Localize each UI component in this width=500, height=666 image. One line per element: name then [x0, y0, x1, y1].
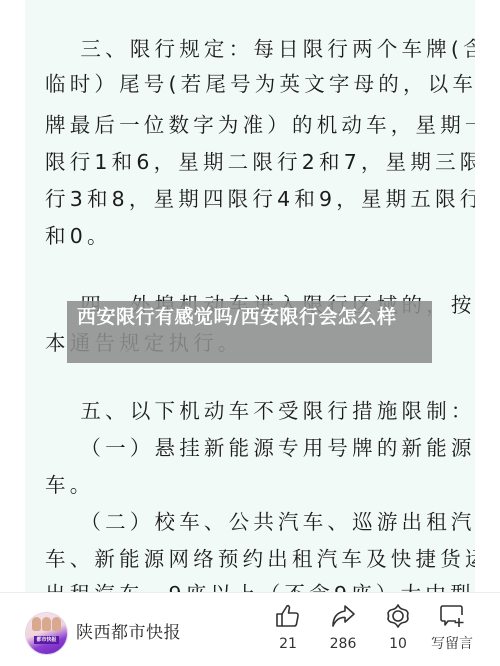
- share-count: 286: [313, 636, 373, 652]
- thumbs-up-icon: [275, 603, 301, 629]
- write-comment-button[interactable]: 写留言: [422, 603, 482, 652]
- like-count: 21: [258, 636, 318, 652]
- title-overlay[interactable]: 西安限行有感觉吗/西安限行会怎么样: [67, 301, 432, 363]
- comment-add-icon: [439, 603, 465, 629]
- doc-line: 出租汽车、9座以上（不含9座）大中型客: [45, 581, 475, 592]
- avatar-label: 都市快报: [34, 636, 59, 644]
- avatar-figure: [32, 617, 41, 631]
- bottom-action-bar: 都市快报 陕西都市快报 21 286 10: [0, 592, 500, 666]
- favorite-button[interactable]: 10: [368, 603, 428, 652]
- doc-line: （二）校车、公共汽车、巡游出租汽: [45, 509, 475, 535]
- favorite-count: 10: [368, 636, 428, 652]
- doc-line: 车。: [45, 472, 94, 498]
- doc-line: 和0。: [45, 223, 112, 249]
- article-title: 西安限行有感觉吗/西安限行会怎么样: [77, 304, 417, 331]
- avatar-figure: [42, 617, 51, 631]
- doc-line: （一）悬挂新能源专用号牌的新能源汽: [45, 435, 475, 461]
- write-comment-label: 写留言: [422, 636, 482, 652]
- share-icon: [330, 603, 356, 629]
- avatar-figure: [52, 617, 61, 631]
- share-button[interactable]: 286: [313, 603, 373, 652]
- avatar[interactable]: 都市快报: [25, 612, 68, 655]
- source-name[interactable]: 陕西都市快报: [76, 618, 181, 643]
- doc-line: 行3和8，星期四限行4和9，星期五限行5: [45, 186, 475, 212]
- doc-line: 牌最后一位数字为准）的机动车，星期一: [45, 112, 475, 138]
- doc-line: 临时）尾号(若尾号为英文字母的，以车: [45, 71, 475, 97]
- article-page: 三、限行规定：每日限行两个车牌(含 临时）尾号(若尾号为英文字母的，以车 牌最后…: [0, 0, 500, 666]
- doc-line: 车、新能源网络预约出租汽车及快捷货运: [45, 546, 475, 572]
- doc-line: 五、以下机动车不受限行措施限制：: [45, 398, 475, 424]
- doc-line: 限行1和6，星期二限行2和7，星期三限: [45, 149, 475, 175]
- like-button[interactable]: 21: [258, 603, 318, 652]
- article-image: 三、限行规定：每日限行两个车牌(含 临时）尾号(若尾号为英文字母的，以车 牌最后…: [25, 0, 475, 592]
- star-of-david-icon: [385, 603, 411, 629]
- doc-line: 三、限行规定：每日限行两个车牌(含: [45, 36, 475, 62]
